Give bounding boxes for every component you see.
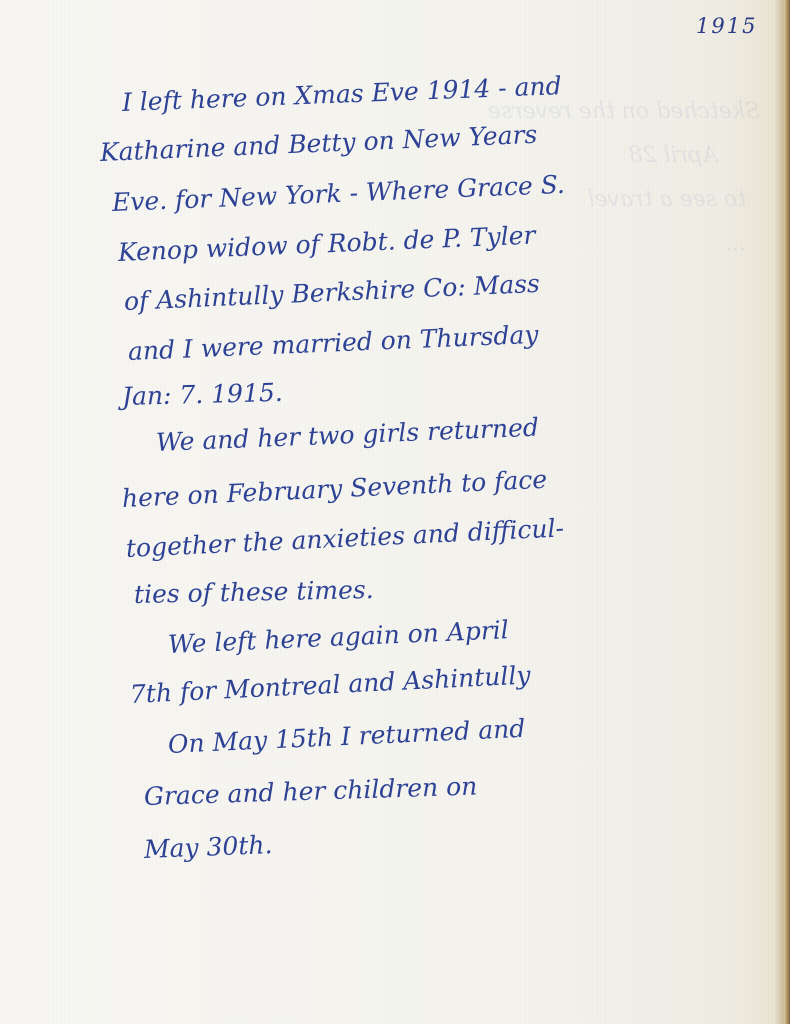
handwritten-line-9: here on February Seventh to face — [121, 465, 547, 513]
handwritten-line-15: Grace and her children on — [144, 772, 478, 811]
handwritten-line-8: We and her two girls returned — [155, 413, 539, 457]
handwritten-line-5: of Ashintully Berkshire Co: Mass — [123, 269, 540, 316]
handwritten-line-12: We left here again on April — [167, 615, 509, 659]
journal-page: Sketched on the reverse April 28 to see … — [0, 0, 790, 1024]
handwritten-line-13: 7th for Montreal and Ashintully — [129, 660, 531, 709]
handwritten-line-16: May 30th. — [143, 830, 273, 864]
handwritten-line-6: and I were married on Thursday — [127, 320, 539, 366]
handwritten-line-14: On May 15th I returned and — [167, 714, 525, 759]
handwritten-line-4: Kenop widow of Robt. de P. Tyler — [117, 221, 536, 267]
handwritten-line-11: ties of these times. — [134, 575, 374, 609]
handwritten-line-7: Jan: 7. 1915. — [122, 378, 283, 411]
handwritten-line-1: I left here on Xmas Eve 1914 - and — [121, 71, 562, 117]
handwritten-line-3: Eve. for New York - Where Grace S. — [111, 170, 565, 217]
page-year-header: 1915 — [696, 14, 757, 38]
handwritten-line-10: together the anxieties and difficul- — [125, 513, 564, 563]
page-edge-gutter — [784, 0, 790, 1024]
handwritten-line-2: Katharine and Betty on New Years — [99, 120, 537, 167]
